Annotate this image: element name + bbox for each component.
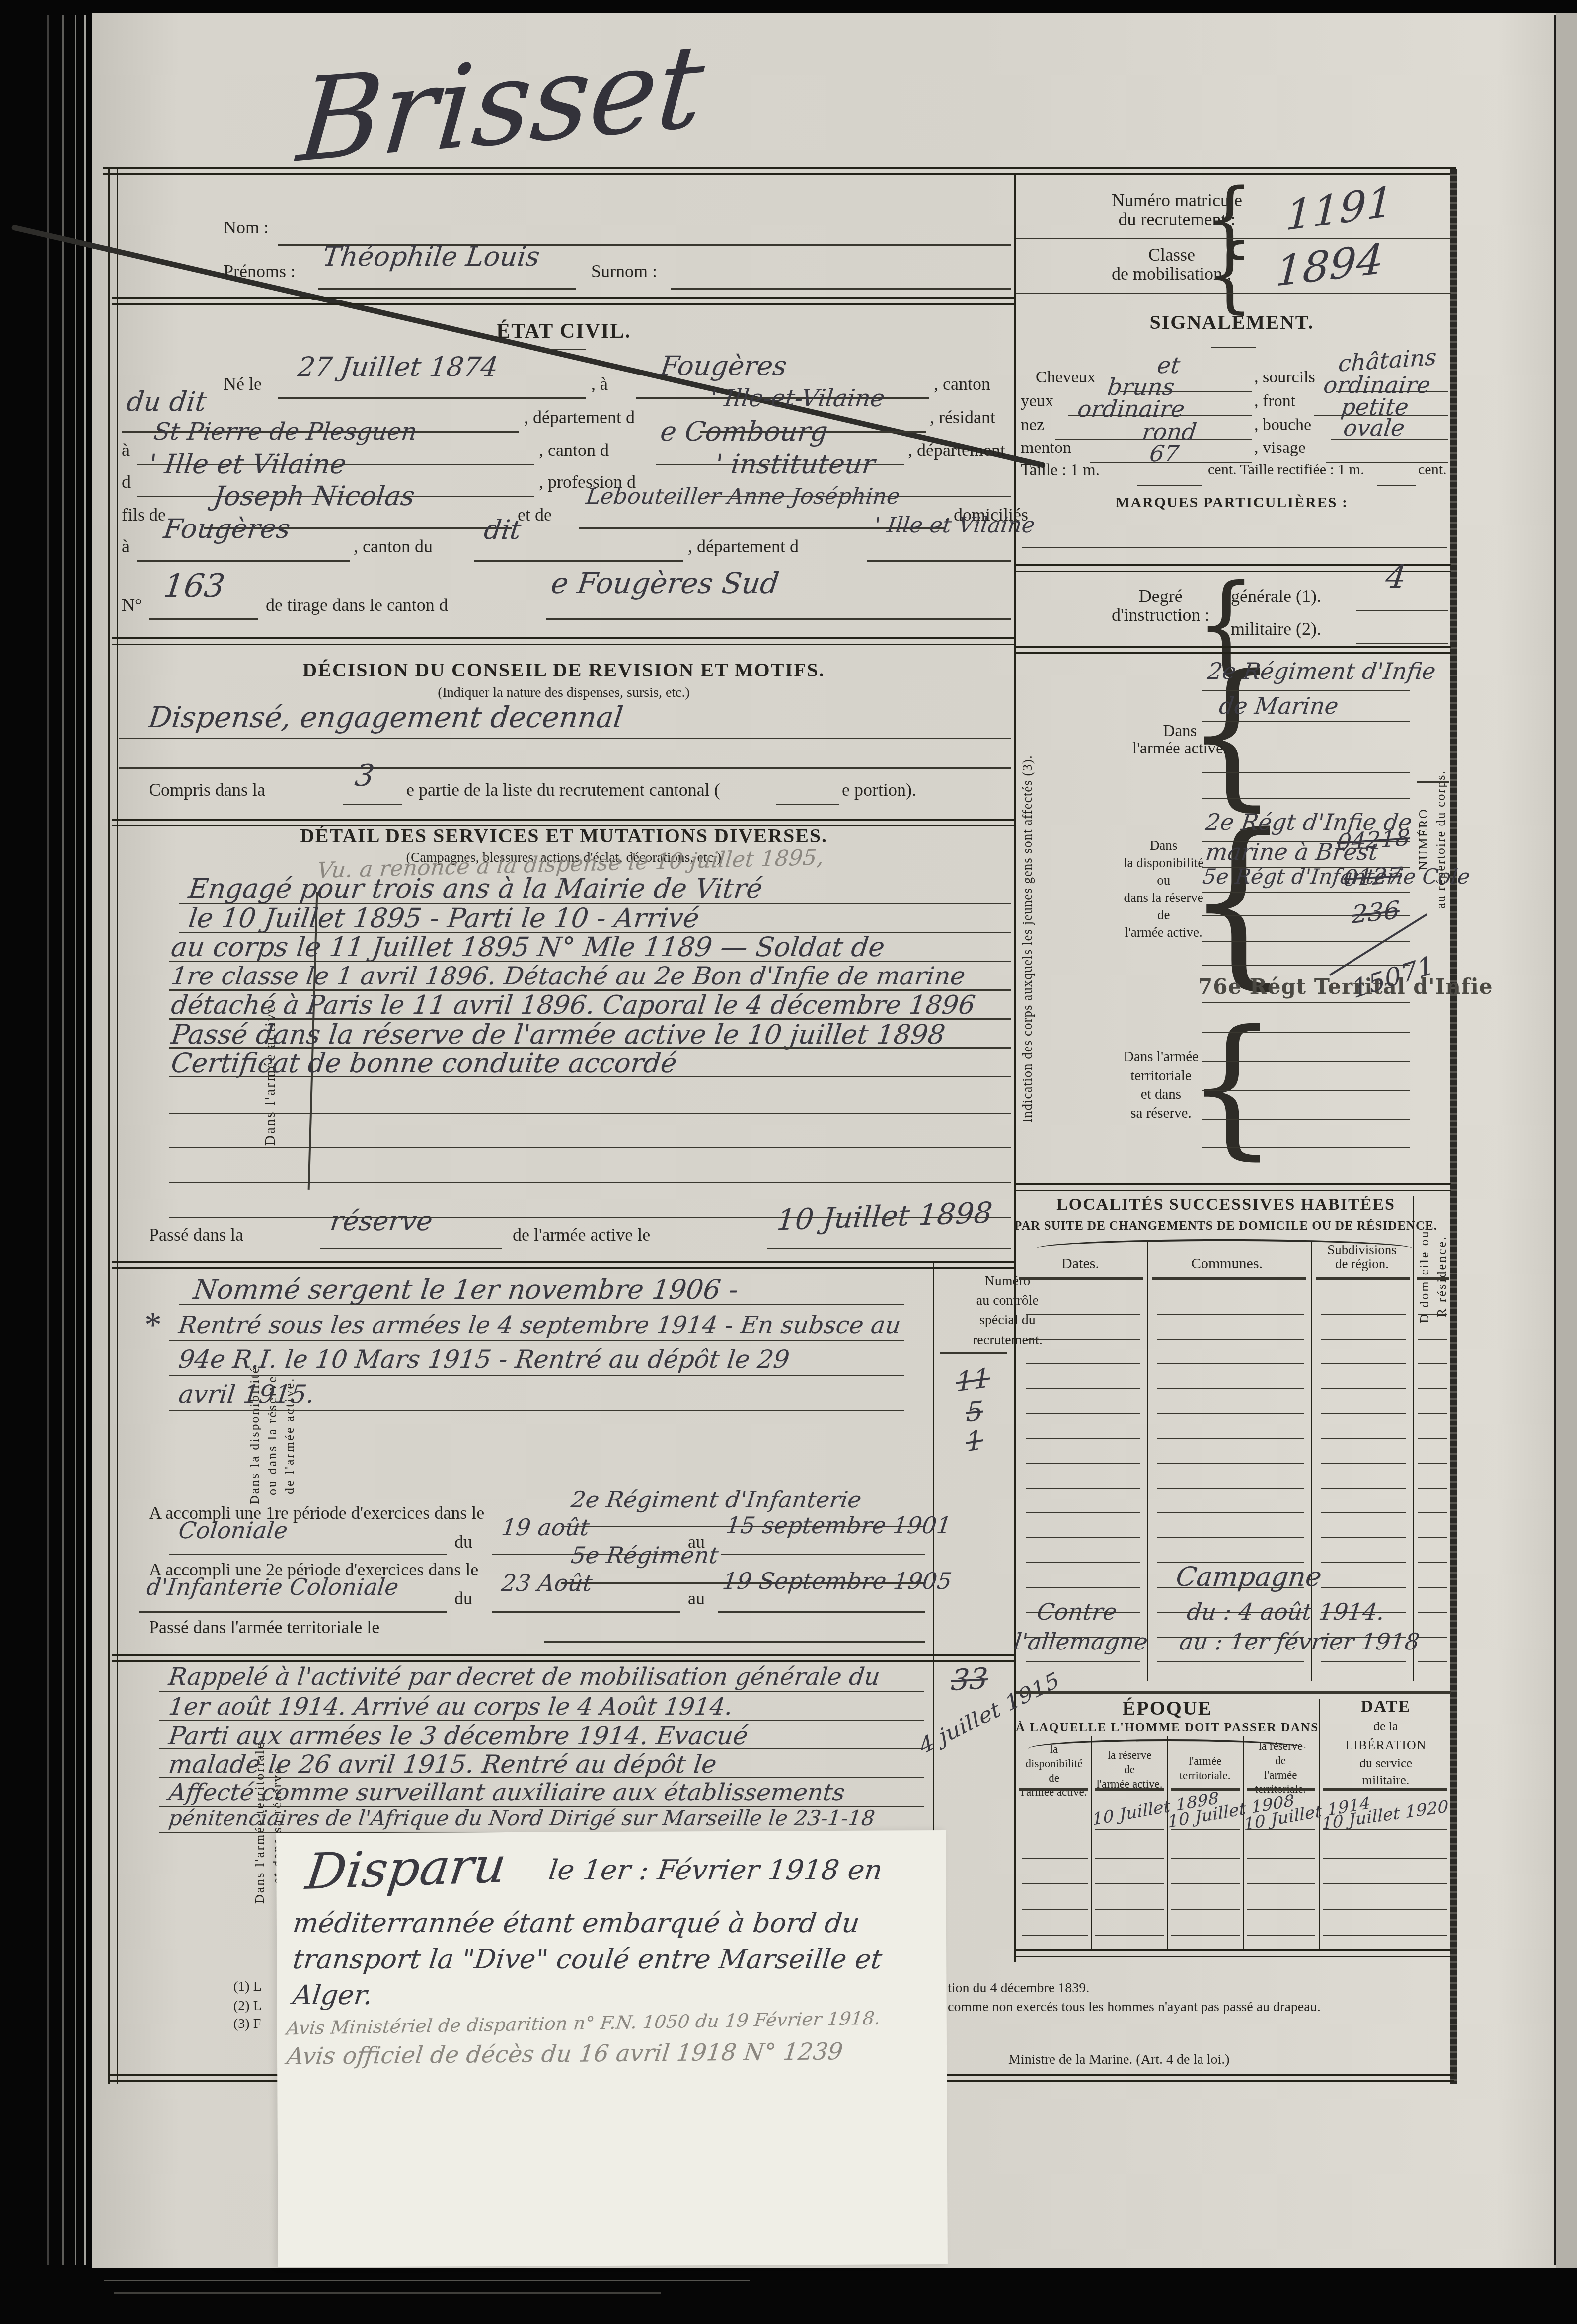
nez-label: nez — [1021, 416, 1044, 434]
ne-le-label: Né le — [224, 375, 262, 394]
rule-line — [1157, 1388, 1304, 1389]
rule-line — [1247, 1909, 1315, 1910]
table-head-rule — [1152, 1277, 1306, 1280]
rule-line — [1321, 1587, 1406, 1588]
footnote-frag3: Ministre de la Marine. (Art. 4 de la loi… — [1008, 2052, 1230, 2067]
rule-line — [1202, 1147, 1410, 1148]
fill-line — [139, 1611, 447, 1613]
instruction-label: Degré d'instruction : — [1112, 587, 1209, 625]
rule-line — [1418, 1562, 1447, 1563]
territoriale-line: pénitenciaires de l'Afrique du Nord Diri… — [167, 1808, 876, 1829]
surnom-label: Surnom : — [591, 262, 657, 281]
numero-tirage-label: N° — [122, 596, 142, 615]
rule-line — [1418, 1413, 1447, 1414]
rule-line — [1418, 1587, 1447, 1588]
decision-title: DÉCISION DU CONSEIL DE REVISION ET MOTIF… — [302, 660, 825, 680]
canton-tirage: e Fougères Sud — [549, 569, 780, 598]
localites-title: LOCALITÉS SUCCESSIVES HABITÉES — [1056, 1196, 1395, 1214]
rule-line — [1418, 1661, 1447, 1662]
bouche-label: , bouche — [1254, 416, 1311, 434]
rule-line — [1321, 1612, 1406, 1613]
epoque-col1-header: la disponibilité de l'armée active. — [1021, 1742, 1087, 1799]
epoque-separator — [1319, 1699, 1320, 1949]
service-line: le 10 Juillet 1895 - Parti le 10 - Arriv… — [187, 905, 701, 932]
disparu-line1: le 1er : Février 1918 en — [547, 1857, 884, 1884]
fill-line — [169, 1554, 447, 1555]
canton-label: , canton du — [354, 537, 433, 556]
surnom-underline — [671, 288, 1011, 290]
lieu-naissance: Fougères — [659, 353, 788, 379]
rule-line — [1202, 1119, 1410, 1120]
rule-line — [1095, 1909, 1164, 1910]
rule-line — [1157, 1661, 1304, 1662]
rule-line — [1323, 1883, 1447, 1884]
rule-line — [1157, 1339, 1304, 1340]
rule-line — [1026, 1314, 1140, 1315]
nom-label: Nom : — [224, 219, 269, 237]
rule-line — [1022, 1858, 1088, 1859]
date-col-l5: militaire. — [1362, 1773, 1410, 1787]
form-right-border — [1450, 169, 1457, 2084]
dept-residence: ' Ille et Vilaine — [148, 451, 348, 478]
fill-line — [159, 1691, 924, 1692]
rule-line — [1157, 1463, 1304, 1464]
rule-line — [1026, 1413, 1140, 1414]
fill-line — [474, 560, 683, 562]
passe-reserve-label2: de l'armée active le — [513, 1226, 650, 1245]
book-edge-line — [84, 15, 86, 2265]
campagne-hand: Campagne — [1175, 1564, 1323, 1590]
asterisk-mark: * — [144, 1306, 162, 1344]
rule-line — [1157, 1488, 1304, 1489]
signalement-title: SIGNALEMENT. — [1149, 312, 1314, 333]
rule-line — [1026, 1587, 1140, 1588]
numero-repertoire-vlabel: NUMÉRO au répertoire du corps. — [1415, 695, 1449, 983]
residence: St Pierre de Plesguen — [152, 420, 418, 444]
dispo-label: Dans la disponibilité ou dans la réserve… — [1124, 837, 1203, 942]
taille-value: 67 — [1148, 442, 1180, 465]
canton-residence: e Combourg — [659, 418, 829, 445]
d-label: d — [122, 473, 131, 492]
territoriale-line: Rappelé à l'activité par decret de mobil… — [167, 1665, 881, 1689]
book-edge-line — [75, 15, 76, 2265]
allemagne-hand: l'allemagne — [1013, 1630, 1149, 1653]
rule-line — [1202, 1061, 1410, 1062]
service-line: Engagé pour trois ans à la Mairie de Vit… — [187, 875, 764, 902]
periode2-fill: 5e Régiment — [570, 1544, 720, 1567]
rule-line — [1026, 1438, 1140, 1439]
rule-line — [1171, 1909, 1240, 1910]
col-dates: Dates. — [1061, 1256, 1099, 1272]
prenoms-label: Prénoms : — [224, 262, 296, 281]
epoque-head-rule — [1323, 1788, 1447, 1791]
rule-line — [1321, 1512, 1406, 1513]
periode1-date1: 19 août — [500, 1516, 591, 1539]
numero-tirage-value: 163 — [162, 570, 226, 602]
controle-number: 1 — [965, 1426, 983, 1456]
reserve-line: 94e R.I. le 10 Mars 1915 - Rentré au dép… — [177, 1347, 791, 1372]
fill-line — [1202, 965, 1410, 966]
service-line: 1re classe le 1 avril 1896. Détaché au 2… — [170, 964, 967, 988]
controle-rule — [940, 1352, 1007, 1354]
territoriale-line: Parti aux armées le 3 décembre 1914. Eva… — [167, 1724, 750, 1748]
dispo-number-struck: 0127 — [1343, 864, 1403, 890]
book-bottom-edge — [104, 2280, 750, 2281]
rule-line — [1095, 1935, 1164, 1936]
rule-line — [1026, 1562, 1140, 1563]
fill-line — [776, 804, 839, 805]
fill-line — [1137, 485, 1202, 486]
rule-line — [1418, 1388, 1447, 1389]
rule-line — [1157, 1512, 1304, 1513]
footnote-3: (3) F — [233, 2017, 261, 2031]
rule-line — [169, 1113, 1011, 1114]
table-separator — [1147, 1242, 1148, 1681]
fill-line — [1202, 721, 1410, 722]
book-edge-line — [62, 15, 64, 2265]
taille-label: Taille : 1 m. — [1021, 462, 1100, 479]
nez-value: ordinaire — [1076, 397, 1186, 420]
canton-domicile: dit — [483, 517, 523, 543]
rule-line — [1026, 1488, 1140, 1489]
regiment-stamp: 76e Régt Territal d'Infie — [1198, 975, 1493, 999]
rule-line — [1321, 1463, 1406, 1464]
rule-line — [1321, 1314, 1406, 1315]
visage-value: ovale — [1342, 416, 1406, 439]
rule-line — [1418, 1512, 1447, 1513]
fill-line — [343, 804, 402, 805]
territoriale-line: 1er août 1914. Arrivé au corps le 4 Août… — [167, 1695, 734, 1719]
terr-label: Dans l'armée territoriale et dans sa rés… — [1124, 1048, 1199, 1123]
disparu-line2: méditerrannée étant embarqué à bord du — [292, 1910, 861, 1937]
rule-line — [1026, 1339, 1140, 1340]
yeux-label: yeux — [1021, 392, 1053, 410]
date-col-l3: LIBÉRATION — [1345, 1738, 1426, 1752]
col-subdivisions: Subdivisions de région. — [1327, 1243, 1397, 1271]
compris-label3: e portion). — [842, 781, 916, 800]
compris-partie: 3 — [353, 761, 376, 791]
rule-line — [1026, 1661, 1140, 1662]
rule-line — [1026, 1637, 1140, 1638]
departement-label: , département d — [688, 537, 799, 556]
rule-line — [1418, 1488, 1447, 1489]
epoque-separator — [1091, 1736, 1092, 1949]
rule-line — [1418, 1537, 1447, 1538]
section-rule — [1016, 1183, 1451, 1191]
active-label: Dans l'armée active. — [1132, 723, 1227, 757]
rule-line — [1026, 1463, 1140, 1464]
rule-line — [1321, 1488, 1406, 1489]
rule-line — [1247, 1858, 1315, 1859]
rule-line — [1418, 1339, 1447, 1340]
footnote-1: (1) L — [233, 1979, 262, 1994]
rule-line — [1026, 1512, 1140, 1513]
rule-line — [1321, 1438, 1406, 1439]
campagne-au-hand: au : 1er février 1918 — [1178, 1630, 1421, 1653]
section-rule-heavy — [112, 1261, 1014, 1269]
fill-line — [767, 1248, 1011, 1249]
fill-line — [544, 1641, 925, 1643]
cheveux-label: Cheveux — [1036, 369, 1096, 386]
decision-subtitle: (Indiquer la nature des dispenses, sursi… — [438, 685, 690, 700]
page-right-edge — [1554, 15, 1556, 2265]
canton-label: , canton — [934, 375, 990, 394]
fils-de-label: fils de — [122, 506, 166, 525]
fill-line — [1247, 1829, 1315, 1830]
fill-line — [1095, 1829, 1164, 1830]
mere: Lebouteiller Anne Joséphine — [585, 486, 901, 508]
rule-line — [1202, 1032, 1410, 1033]
footnote-frag2: comme non exercés tous les hommes n'ayan… — [948, 2000, 1321, 2014]
disparu-word: Disparu — [303, 1840, 509, 1897]
book-bottom-edge — [114, 2292, 661, 2294]
dispo-hand3: 5e Régt d'Infanterie Cole — [1202, 866, 1471, 887]
militaire-label: militaire (2). — [1231, 620, 1321, 639]
fill-line — [492, 1611, 680, 1613]
epoque-head-rule — [1095, 1788, 1164, 1791]
fill-line — [119, 767, 1011, 769]
sourcils-value: châtains — [1338, 345, 1437, 375]
prenoms-value: Théophile Louis — [321, 243, 541, 270]
rule-line — [1321, 1388, 1406, 1389]
disparu-line3: transport la "Dive" coulé entre Marseill… — [292, 1946, 884, 1973]
dept-naissance: ' Ille-et-Vilaine — [709, 386, 886, 410]
periode1-fill2: Coloniale — [177, 1519, 289, 1542]
controle-number: 5 — [966, 1398, 983, 1426]
rule-line — [1321, 1562, 1406, 1563]
name-signature: Brisset — [294, 29, 708, 180]
section-rule-heavy — [112, 1654, 1014, 1662]
rule-line — [1095, 1883, 1164, 1884]
canton-label: , canton d — [539, 441, 609, 460]
visage-label: , visage — [1254, 439, 1306, 457]
fill-line — [1202, 772, 1410, 773]
fill-line — [159, 1748, 924, 1749]
rule-line — [1026, 1537, 1140, 1538]
epoque-head-rule — [1247, 1788, 1315, 1791]
departement-label: , département — [908, 441, 1005, 460]
fill-line — [1022, 547, 1447, 548]
next-page-edge — [1556, 13, 1577, 2268]
a-label: , à — [591, 375, 608, 394]
section-rule-single — [1016, 1691, 1451, 1694]
controle-header: Numéro au contrôle spécial du recrutemen… — [973, 1272, 1043, 1349]
fill-line — [278, 397, 586, 399]
numero-rule — [1417, 781, 1449, 783]
prenoms-underline — [318, 288, 576, 290]
etat-civil-dash — [541, 349, 586, 350]
rule-line — [1157, 1587, 1304, 1588]
signalement-dash — [1211, 347, 1256, 348]
periode1-fill: 2e Régiment d'Infanterie — [570, 1488, 863, 1511]
dr-vlabel: D domicile ou R résidence. — [1416, 1202, 1450, 1351]
localites-subtitle: PAR SUITE DE CHANGEMENTS DE DOMICILE OU … — [1014, 1220, 1437, 1233]
active-hand1: 2e Régiment d'Infie — [1206, 660, 1437, 682]
etat-civil-title: ÉTAT CIVIL. — [496, 320, 631, 342]
rule-line — [1321, 1413, 1406, 1414]
reserve-line: Nommé sergent le 1er novembre 1906 - — [192, 1276, 740, 1303]
periode2-fill2: d'Infanterie Coloniale — [145, 1575, 400, 1598]
rule-line — [1157, 1537, 1304, 1538]
passe-reserve-date: 10 Juillet 1898 — [776, 1198, 994, 1234]
reserve-line: Rentré sous les armées le 4 septembre 19… — [177, 1313, 902, 1337]
col-communes: Communes. — [1191, 1256, 1263, 1272]
periode1-date2: 15 septembre 1901 — [725, 1514, 953, 1537]
decision-motif: Dispensé, engagement decennal — [147, 703, 624, 732]
rule-line — [1171, 1935, 1240, 1936]
table-head-rule — [1417, 1277, 1449, 1280]
compris-label2: e partie de la liste du recrutement cant… — [406, 781, 720, 800]
rule-line — [1323, 1858, 1447, 1859]
terr-brace: { — [1186, 1011, 1278, 1162]
table-head-rule — [1019, 1277, 1143, 1280]
rule-line — [169, 1182, 1011, 1183]
footnote-2: (2) L — [233, 1999, 262, 2013]
rule-line — [1321, 1537, 1406, 1538]
fill-line — [867, 560, 1011, 562]
dispo-number-struck: 04218 — [1336, 826, 1411, 854]
epoque-bottom-rule — [1016, 1949, 1451, 1957]
rule-line — [1157, 1314, 1304, 1315]
fill-line — [546, 618, 1011, 620]
fill-line — [169, 1340, 904, 1341]
rule-line — [1323, 1909, 1447, 1910]
rule-line — [1321, 1363, 1406, 1364]
marques-title: MARQUES PARTICULIÈRES : — [1116, 495, 1348, 511]
book-edge-line — [47, 15, 49, 2265]
territoriale-margin-number: 33 — [950, 1664, 989, 1695]
fill-line — [320, 1248, 502, 1249]
canton-naissance: du dit — [125, 388, 208, 415]
form-left-border-inner — [117, 169, 118, 2084]
corps-vlabel: Indication des corps auxquels les jeunes… — [1018, 685, 1036, 1192]
fill-line — [1377, 485, 1416, 486]
au-label: au — [688, 1589, 705, 1608]
rule-line — [1323, 1935, 1447, 1936]
epoque-separator — [1167, 1736, 1168, 1949]
fill-line — [1356, 610, 1448, 611]
departement-label: , département d — [524, 408, 635, 427]
periode2-date1: 23 Août — [500, 1572, 594, 1594]
controle-number: 11 — [956, 1364, 990, 1396]
classe-rule — [1016, 293, 1451, 294]
epoque-title: ÉPOQUE — [1123, 1698, 1212, 1719]
rule-line — [1247, 1935, 1315, 1936]
epoque-separator — [1243, 1736, 1244, 1949]
form-left-border — [108, 169, 110, 2084]
disparu-line4: Alger. — [292, 1982, 374, 2009]
rule-line — [1157, 1413, 1304, 1414]
compris-label: Compris dans la — [149, 781, 265, 800]
pere: Joseph Nicolas — [212, 483, 416, 510]
rule-line — [1321, 1339, 1406, 1340]
fill-line — [721, 1554, 925, 1555]
rule-line — [1418, 1314, 1447, 1315]
service-line: Passé dans la réserve de l'armée active … — [170, 1021, 947, 1048]
residant-label: , résidant — [930, 408, 995, 427]
services-title: DÉTAIL DES SERVICES ET MUTATIONS DIVERSE… — [300, 825, 827, 846]
fill-line — [159, 1720, 924, 1721]
date-col-l4: du service — [1359, 1756, 1412, 1770]
passe-reserve-fill: réserve — [329, 1208, 434, 1235]
fill-line — [1356, 643, 1448, 644]
rule-line — [1095, 1858, 1164, 1859]
tirage-label: de tirage dans le canton d — [266, 596, 448, 615]
rule-line — [1418, 1612, 1447, 1613]
fill-line — [1171, 1829, 1240, 1830]
sourcils-label: , sourcils — [1254, 369, 1315, 386]
service-line: détaché à Paris le 11 avril 1896. Capora… — [170, 992, 976, 1018]
du-label: du — [454, 1533, 472, 1552]
fill-line — [1022, 525, 1447, 525]
classe-brace: { — [1206, 234, 1253, 316]
epoque-col3-header: l'armée territoriale. — [1180, 1754, 1231, 1783]
fill-line — [169, 1375, 904, 1376]
active-hand2: de Marine — [1218, 694, 1340, 717]
rule-line — [1321, 1637, 1406, 1638]
menton-label: menton — [1021, 439, 1071, 457]
fill-line — [1202, 941, 1410, 942]
date-col-l2: de la — [1373, 1720, 1398, 1733]
rule-line — [1418, 1363, 1447, 1364]
table-separator — [1413, 1196, 1414, 1681]
a-label: à — [122, 441, 130, 460]
rule-line — [1157, 1562, 1304, 1563]
classe-value: 1894 — [1275, 238, 1384, 292]
rule-line — [1026, 1388, 1140, 1389]
service-line: au corps le 11 Juillet 1895 N° Mle 1189 … — [170, 934, 886, 961]
rule-line — [1026, 1612, 1140, 1613]
taille-rectifiee-label: cent. Taille rectifiée : 1 m. — [1208, 462, 1364, 478]
rule-line — [1418, 1438, 1447, 1439]
date-col-title: DATE — [1361, 1698, 1411, 1716]
section-rule — [112, 637, 1014, 645]
rule-line — [1202, 1090, 1410, 1091]
rule-line — [1321, 1661, 1406, 1662]
rule-line — [1026, 1363, 1140, 1364]
rule-line — [1022, 1909, 1088, 1910]
passe-territoriale-label: Passé dans l'armée territoriale le — [149, 1618, 379, 1637]
generale-value: 4 — [1384, 561, 1408, 593]
periode2-date2: 19 Septembre 1905 — [721, 1570, 953, 1592]
fill-line — [1202, 690, 1410, 691]
epoque-head-rule — [1019, 1788, 1088, 1791]
footnote-frag1: tion du 4 décembre 1839. — [948, 1981, 1089, 1995]
rule-line — [169, 1147, 1011, 1148]
header-bottom-rule — [112, 297, 1014, 305]
service-line: Certificat de bonne conduite accordé — [170, 1050, 678, 1077]
du-label: du — [454, 1589, 472, 1608]
rule-line — [1157, 1637, 1304, 1638]
domicile: Fougères — [162, 516, 292, 542]
rule-line — [1171, 1858, 1240, 1859]
scanned-register-page: Brisset Nom : Prénoms : Théophile Louis … — [0, 0, 1577, 2324]
territoriale-line: Affecté comme surveillant auxiliaire aux… — [167, 1781, 846, 1804]
dept-domicile: ' Ille et Vilaine — [873, 515, 1036, 536]
rule-line — [1418, 1463, 1447, 1464]
fill-line — [718, 1611, 925, 1613]
fill-line — [1323, 1829, 1447, 1830]
epoque-subtitle: À LAQUELLE L'HOMME DOIT PASSER DANS — [1016, 1722, 1319, 1734]
rule-line — [1418, 1637, 1447, 1638]
profession: ' instituteur — [714, 451, 877, 478]
dispo-number-struck: 236 — [1352, 898, 1400, 927]
passe-reserve-label: Passé dans la — [149, 1226, 243, 1245]
rule-line — [1157, 1612, 1304, 1613]
reserve-line: avril 1915. — [177, 1382, 316, 1407]
rule-line — [1022, 1935, 1088, 1936]
avis-deces-note: Avis officiel de décès du 16 avril 1918 … — [286, 2040, 844, 2068]
